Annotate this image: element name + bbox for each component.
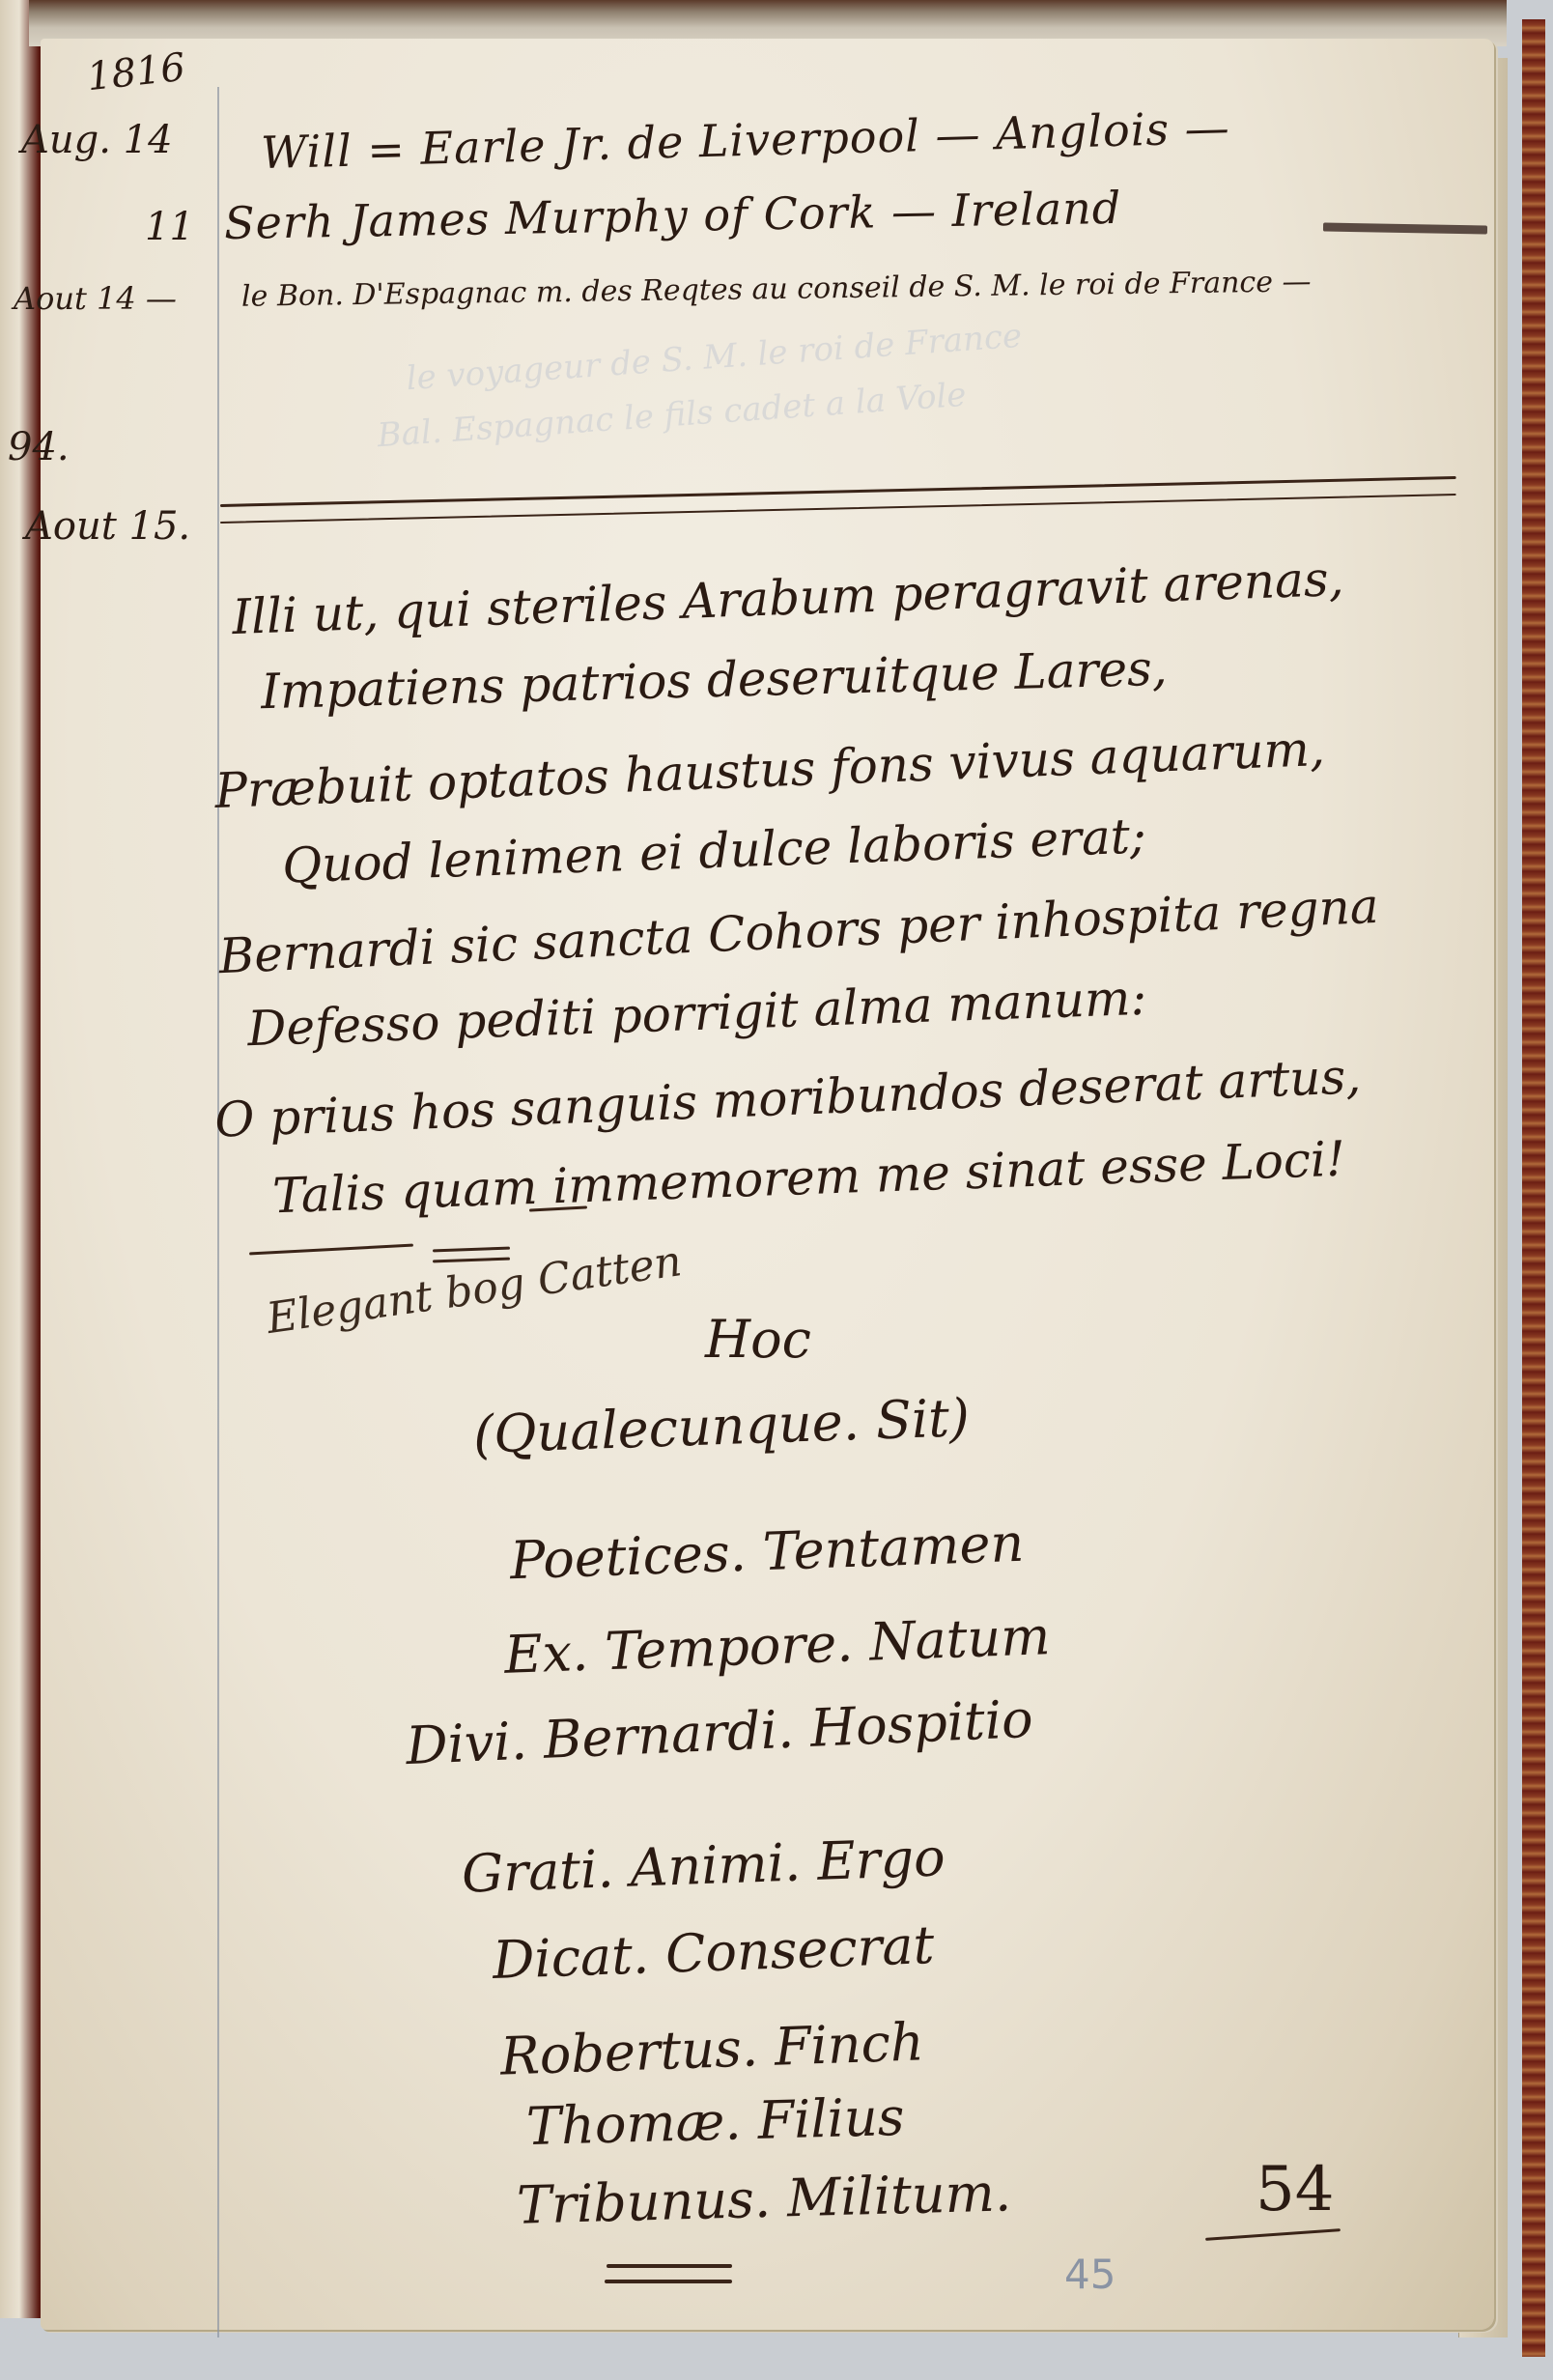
closing-rule (607, 2264, 732, 2268)
margin-date-4: 94. (8, 425, 70, 469)
dedication-line: Hoc (705, 1309, 811, 1370)
margin-date-3: Aout 14 — (14, 280, 177, 317)
margin-rule (217, 87, 219, 2337)
page-number-ink: 54 (1256, 2154, 1334, 2225)
margin-date-2: 11 (145, 205, 194, 249)
dedication-line: Tribunus. Militum. (516, 2162, 1011, 2235)
closing-rule (605, 2280, 732, 2283)
right-spine-binding (1522, 19, 1545, 2357)
margin-date-1: Aug. 14 (21, 118, 173, 162)
margin-date-5: Aout 15. (25, 504, 190, 549)
dedication-line: Thomæ. Filius (525, 2086, 905, 2157)
page-number-pencil: 45 (1064, 2251, 1115, 2298)
